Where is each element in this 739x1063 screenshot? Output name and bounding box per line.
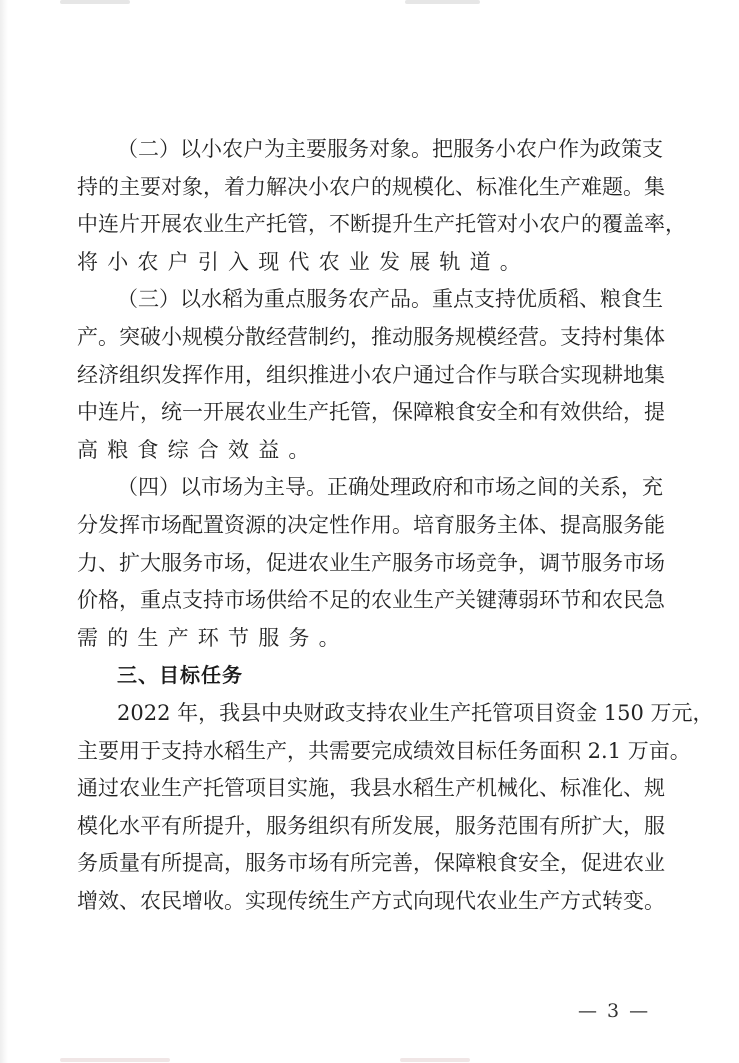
text-line: 通过农业生产托管项目实施，我县水稻生产机械化、标准化、规: [77, 770, 645, 808]
text-line: 经济组织发挥作用，组织推进小农户通过合作与联合实现耕地集: [77, 357, 645, 395]
page-number: — 3 —: [578, 1000, 650, 1022]
text-line: 力、扩大服务市场，促进农业生产服务市场竞争，调节服务市场: [77, 545, 645, 583]
text-line: 务质量有所提高，服务市场有所完善，保障粮食安全，促进农业: [77, 845, 645, 883]
text-line: （二）以小农户为主要服务对象。把服务小农户作为政策支: [77, 131, 645, 169]
paragraph-targets: 2022 年，我县中央财政支持农业生产托管项目资金 150 万元， 主要用于支持…: [77, 695, 645, 921]
text-line: 需的生产环节服务。: [77, 620, 645, 658]
scan-bottom-mark: [60, 1058, 170, 1062]
scan-bottom-mark: [400, 1058, 470, 1062]
scan-top-mark: [60, 0, 130, 4]
scan-left-edge: [0, 0, 8, 1063]
text-line: 中连片，统一开展农业生产托管，保障粮食安全和有效供给，提: [77, 394, 645, 432]
text-line: 高粮食综合效益。: [77, 432, 645, 470]
paragraph-rice-focus: （三）以水稻为重点服务农产品。重点支持优质稻、粮食生 产。突破小规模分散经营制约…: [77, 281, 645, 469]
text-line: 中连片开展农业生产托管，不断提升生产托管对小农户的覆盖率，: [77, 206, 645, 244]
text-line: 持的主要对象，着力解决小农户的规模化、标准化生产难题。集: [77, 169, 645, 207]
section-heading: 三、目标任务: [77, 657, 645, 695]
text-line: 模化水平有所提升，服务组织有所发展，服务范围有所扩大，服: [77, 808, 645, 846]
paragraph-market-led: （四）以市场为主导。正确处理政府和市场之间的关系，充 分发挥市场配置资源的决定性…: [77, 469, 645, 657]
text-line: 主要用于支持水稻生产，共需要完成绩效目标任务面积 2.1 万亩。: [77, 733, 645, 771]
text-line: （四）以市场为主导。正确处理政府和市场之间的关系，充: [77, 469, 645, 507]
text-line: 2022 年，我县中央财政支持农业生产托管项目资金 150 万元，: [77, 695, 645, 733]
text-line: 产。突破小规模分散经营制约，推动服务规模经营。支持村集体: [77, 319, 645, 357]
paragraph-small-farmers: （二）以小农户为主要服务对象。把服务小农户作为政策支 持的主要对象，着力解决小农…: [77, 131, 645, 281]
text-line: （三）以水稻为重点服务农产品。重点支持优质稻、粮食生: [77, 281, 645, 319]
text-line: 分发挥市场配置资源的决定性作用。培育服务主体、提高服务能: [77, 507, 645, 545]
scan-top-mark: [405, 0, 480, 4]
text-line: 价格，重点支持市场供给不足的农业生产关键薄弱环节和农民急: [77, 582, 645, 620]
document-page: （二）以小农户为主要服务对象。把服务小农户作为政策支 持的主要对象，着力解决小农…: [77, 131, 645, 920]
text-line: 增效、农民增收。实现传统生产方式向现代农业生产方式转变。: [77, 883, 645, 921]
text-line: 将小农户引入现代农业发展轨道。: [77, 244, 645, 282]
